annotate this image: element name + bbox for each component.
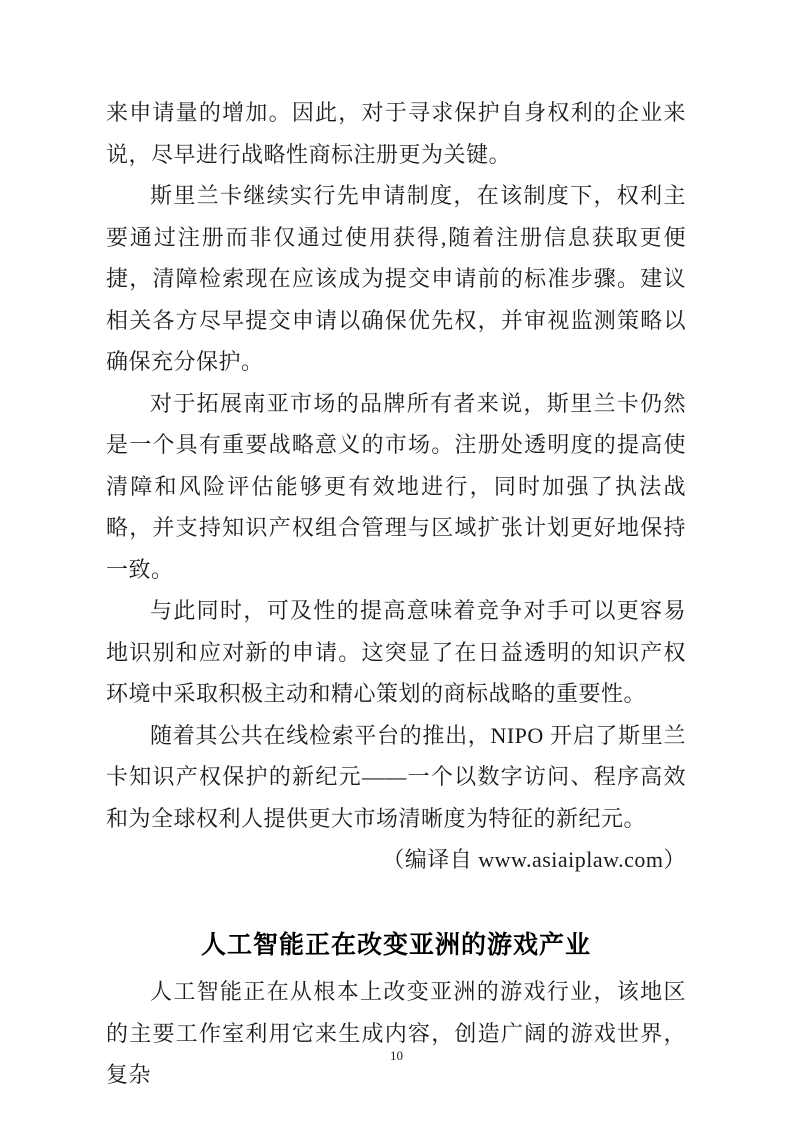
paragraph: 对于拓展南亚市场的品牌所有者来说，斯里兰卡仍然是一个具有重要战略意义的市场。注册… (106, 383, 686, 591)
paragraph: 人工智能正在从根本上改变亚洲的游戏行业，该地区的主要工作室利用它来生成内容，创造… (106, 971, 686, 1096)
paragraph: 斯里兰卡继续实行先申请制度，在该制度下，权利主要通过注册而非仅通过使用获得,随着… (106, 175, 686, 383)
paragraph: 与此同时，可及性的提高意味着竞争对手可以更容易地识别和应对新的申请。这突显了在日… (106, 590, 686, 715)
paragraph: 随着其公共在线检索平台的推出，NIPO 开启了斯里兰卡知识产权保护的新纪元——一… (106, 715, 686, 840)
article1-body: 来申请量的增加。因此，对于寻求保护自身权利的企业来说，尽早进行战略性商标注册更为… (106, 92, 686, 881)
document-page: 来申请量的增加。因此，对于寻求保护自身权利的企业来说，尽早进行战略性商标注册更为… (0, 0, 793, 1122)
attribution-line: （编译自 www.asiaiplaw.com） (106, 839, 686, 881)
article-title: 人工智能正在改变亚洲的游戏产业 (106, 925, 686, 967)
article2-body: 人工智能正在从根本上改变亚洲的游戏行业，该地区的主要工作室利用它来生成内容，创造… (106, 971, 686, 1096)
page-number: 10 (0, 1048, 793, 1064)
paragraph-continuation: 来申请量的增加。因此，对于寻求保护自身权利的企业来说，尽早进行战略性商标注册更为… (106, 92, 686, 175)
